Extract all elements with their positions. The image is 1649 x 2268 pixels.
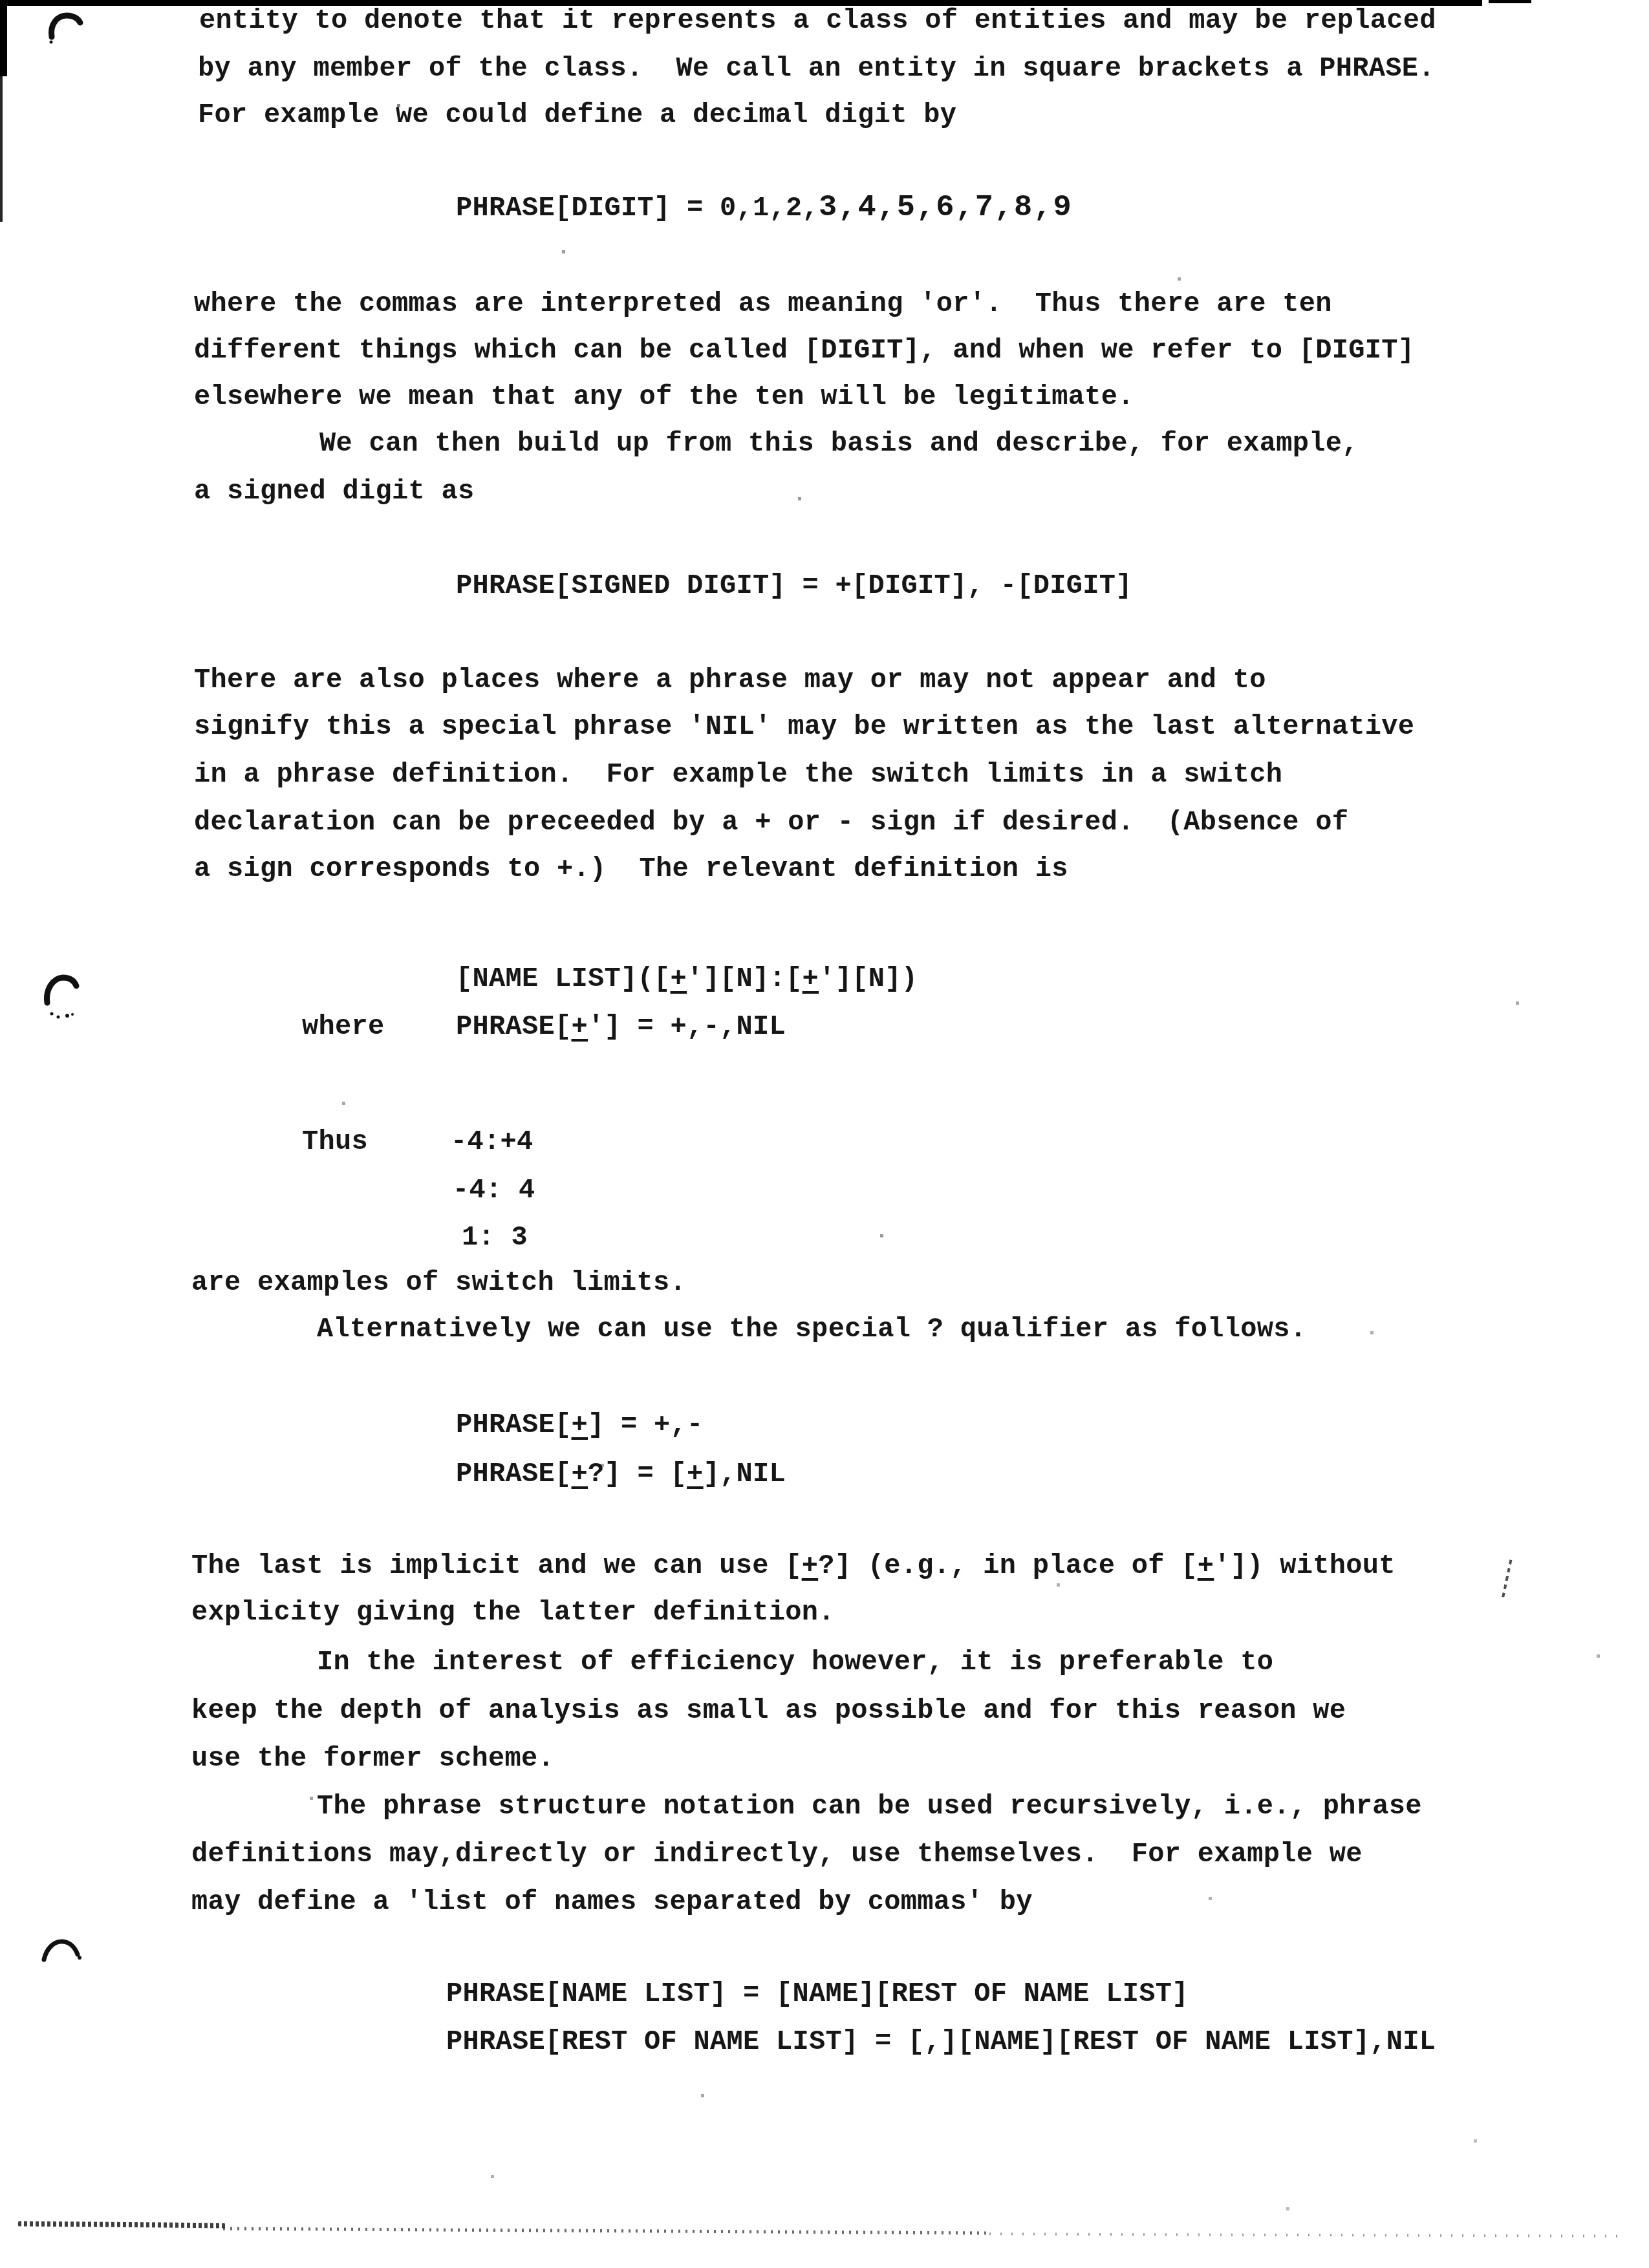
scan-noise-line-dotted — [223, 2227, 989, 2234]
text-line: where the commas are interpreted as mean… — [194, 287, 1332, 321]
text-line: declaration can be preceeded by a + or -… — [194, 806, 1348, 839]
text-line: where — [302, 1010, 385, 1043]
pen-mark-arc-middle — [47, 978, 76, 1003]
underlined-plus: + — [572, 1409, 588, 1440]
text-line: In the interest of efficiency however, i… — [317, 1645, 1273, 1679]
text-line: entity to denote that it represents a cl… — [199, 4, 1436, 37]
scan-noise-line-dense — [18, 2221, 225, 2229]
scan-noise-line-sparse — [989, 2232, 1623, 2237]
text-line: signify this a special phrase 'NIL' may … — [194, 710, 1414, 744]
pen-mark-dots — [50, 41, 82, 1960]
text-line: may define a 'list of names separated by… — [191, 1885, 1033, 1919]
text-line: We can then build up from this basis and… — [319, 427, 1359, 460]
text-line: The phrase structure notation can be use… — [317, 1790, 1422, 1823]
text-line: PHRASE[REST OF NAME LIST] = [,][NAME][RE… — [446, 2025, 1436, 2059]
underlined-plus: + — [572, 1011, 588, 1042]
text-line: PHRASE[DIGIT] = 0,1,2, — [456, 191, 819, 225]
underlined-plus: + — [1198, 1550, 1214, 1581]
scan-left-edge — [0, 0, 7, 76]
text-line: a signed digit as — [194, 475, 475, 508]
text-line: different things which can be called [DI… — [194, 334, 1414, 367]
text-line: -4:+4 — [451, 1125, 533, 1159]
text-line: PHRASE[NAME LIST] = [NAME][REST OF NAME … — [446, 1977, 1189, 2011]
underlined-plus: + — [803, 963, 819, 994]
scan-specks — [0, 0, 2, 2]
underlined-plus: + — [687, 1459, 704, 1490]
text-line: a sign corresponds to +.) The relevant d… — [194, 852, 1068, 886]
slash-mark — [1502, 1559, 1513, 1599]
text-line: There are also places where a phrase may… — [194, 663, 1266, 697]
text-line: -4: 4 — [453, 1173, 535, 1207]
text-line: use the former scheme. — [191, 1742, 554, 1775]
scan-top-edge-fragment — [1489, 0, 1531, 3]
text-line: PHRASE[SIGNED DIGIT] = +[DIGIT], -[DIGIT… — [456, 569, 1132, 603]
scan-left-edge-thin — [0, 76, 3, 222]
text-line: The last is implicit and we can use [+?]… — [191, 1549, 1396, 1583]
pen-mark-arc-bottom — [44, 1942, 78, 1960]
text-line: [NAME LIST]([+'][N]:[+'][N]) — [456, 962, 918, 996]
text-line: For example we could define a decimal di… — [198, 98, 956, 132]
text-line: are examples of switch limits. — [191, 1266, 686, 1300]
text-line: 3,4,5,6,7,8,9 — [819, 191, 1073, 225]
text-line: definitions may,directly or indirectly, … — [191, 1837, 1363, 1871]
text-line: PHRASE[+] = +,- — [456, 1408, 704, 1442]
document-page: entity to denote that it represents a cl… — [0, 0, 1649, 2268]
text-line: 1: 3 — [462, 1221, 528, 1254]
underlined-plus: + — [802, 1550, 819, 1581]
text-line: PHRASE[+?] = [+],NIL — [456, 1457, 786, 1491]
underlined-plus: + — [572, 1459, 588, 1490]
text-line: Alternatively we can use the special ? q… — [317, 1312, 1306, 1346]
underlined-plus: + — [671, 963, 687, 994]
text-line: by any member of the class. We call an e… — [198, 52, 1435, 85]
text-line: explicity giving the latter definition. — [191, 1596, 835, 1629]
text-line: Thus — [302, 1125, 368, 1159]
text-line: keep the depth of analysis as small as p… — [191, 1694, 1346, 1728]
text-line: elsewhere we mean that any of the ten wi… — [194, 380, 1134, 414]
text-line: in a phrase definition. For example the … — [194, 758, 1282, 791]
pen-mark-arc-top — [52, 16, 80, 37]
text-line: PHRASE[+'] = +,-,NIL — [456, 1010, 786, 1043]
